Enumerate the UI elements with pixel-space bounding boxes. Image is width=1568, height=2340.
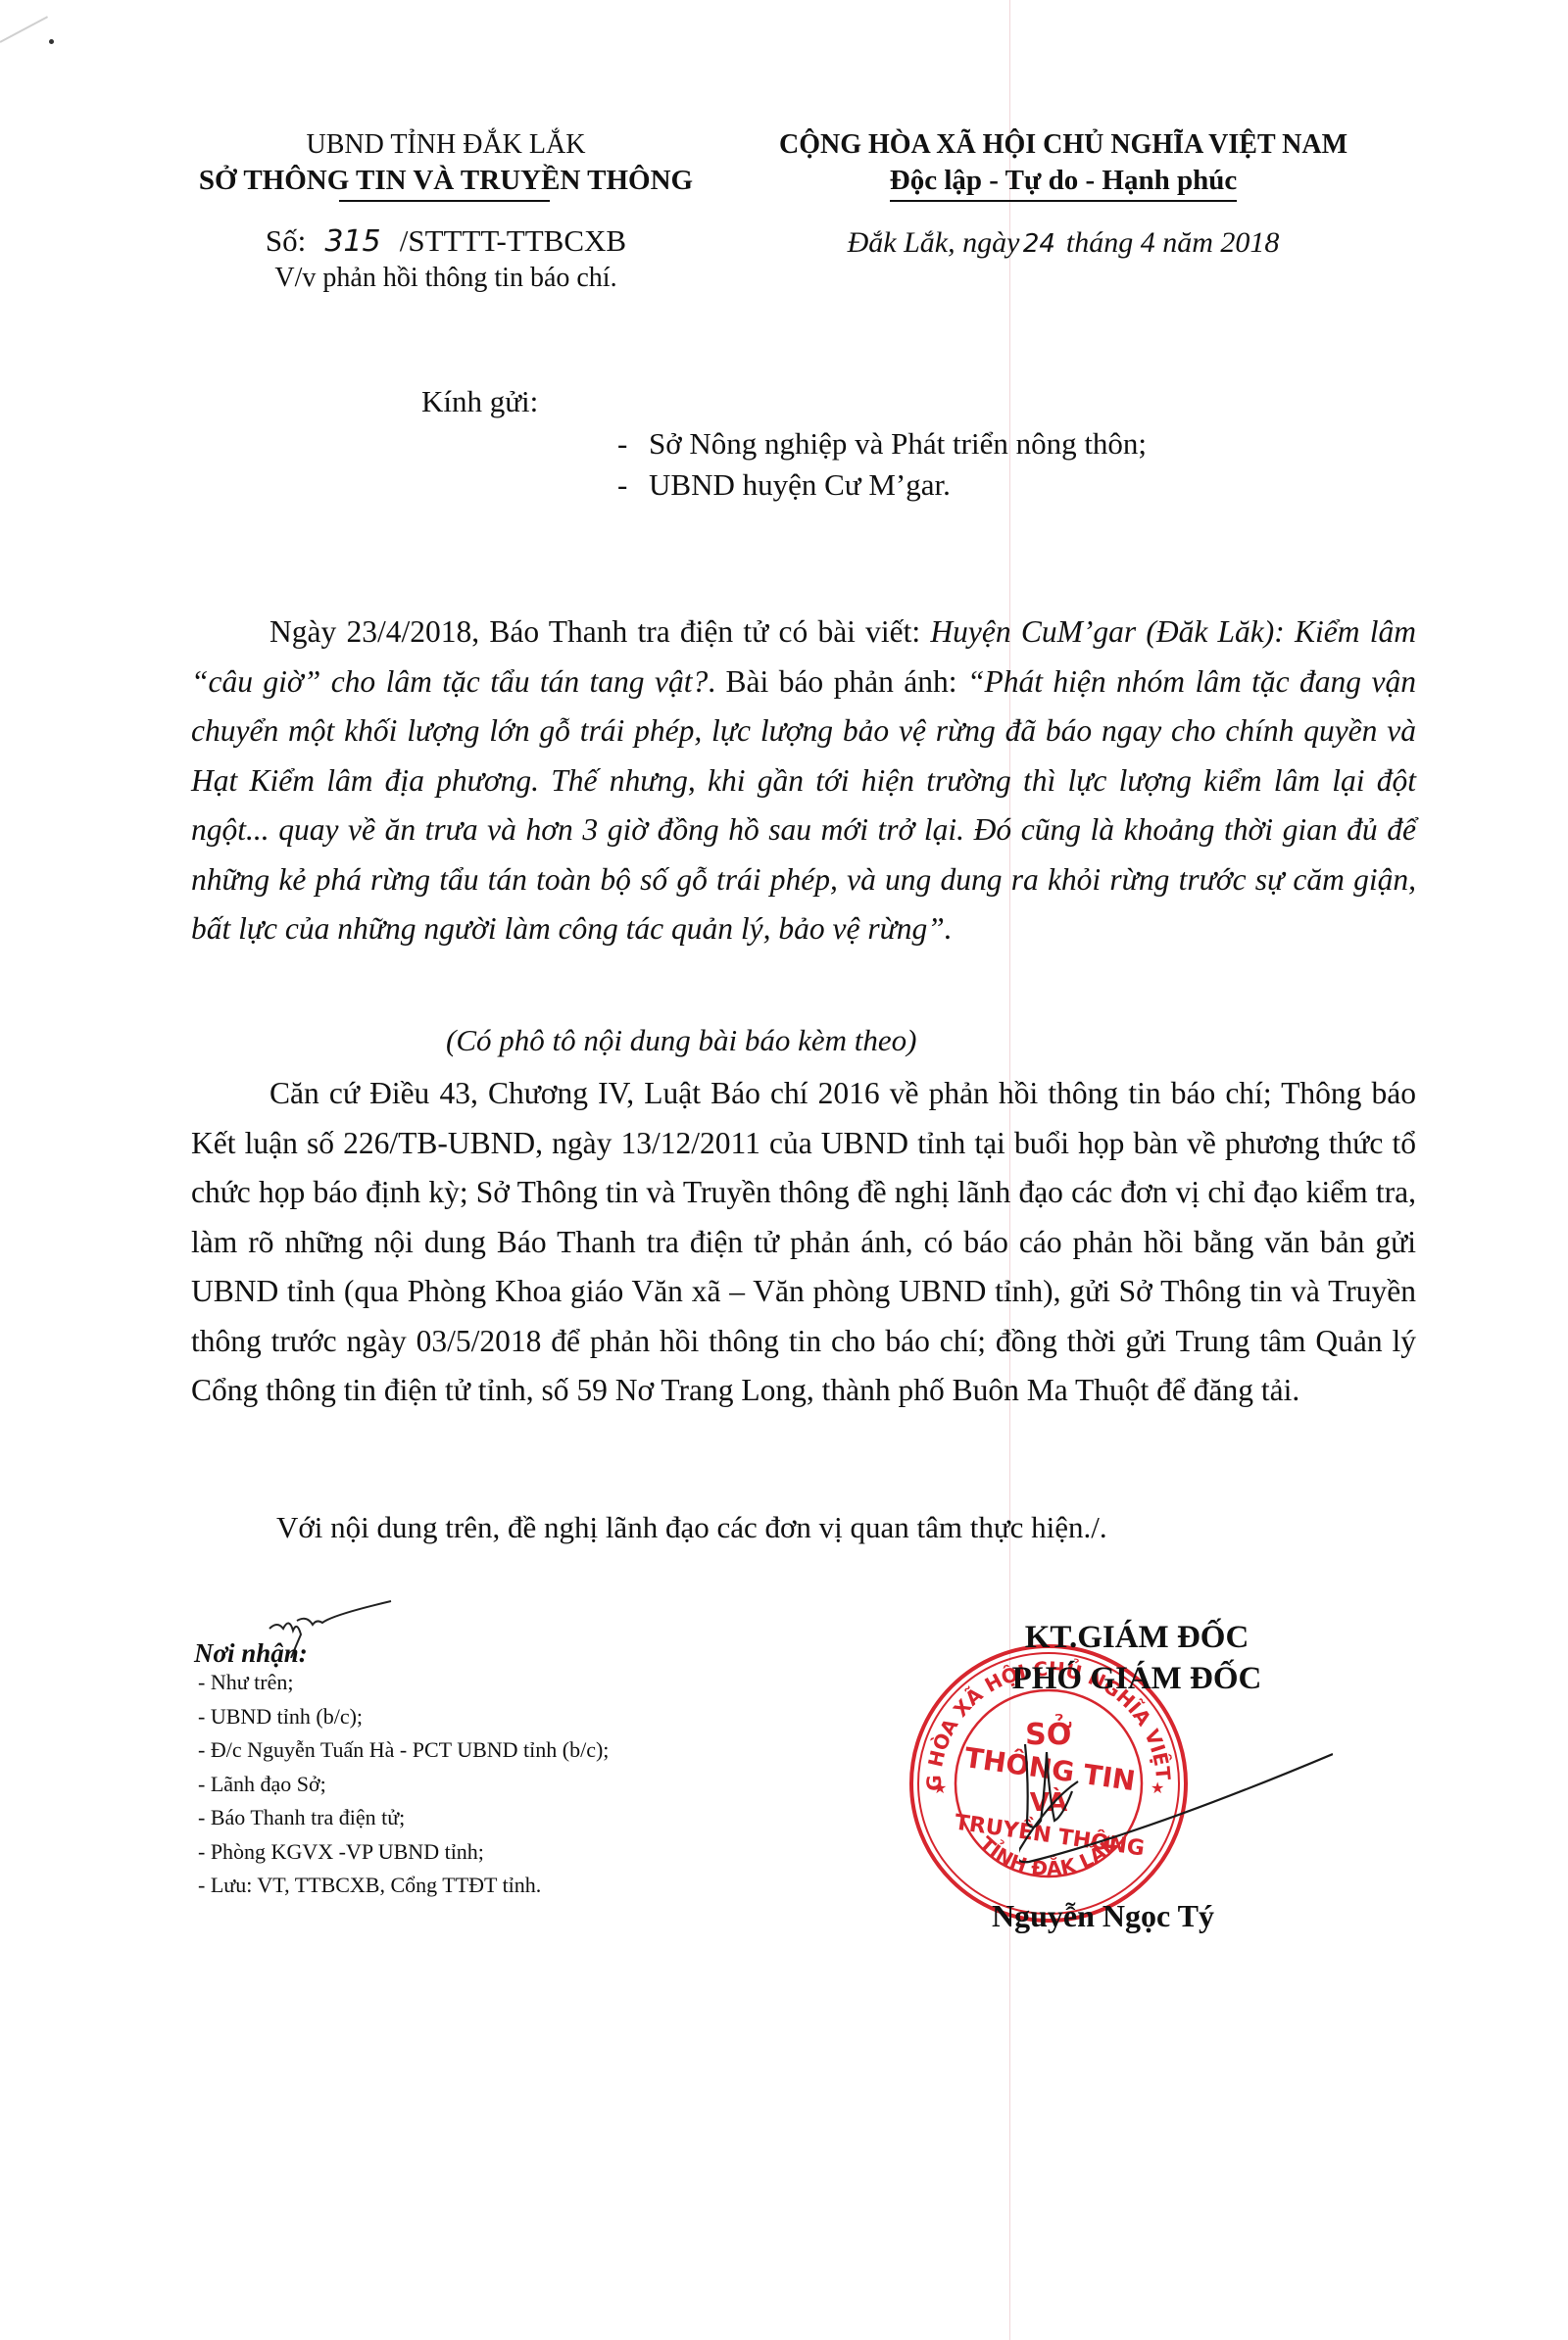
date-suffix: tháng 4 năm 2018 <box>1066 226 1280 259</box>
attachment-note: (Có phô tô nội dung bài báo kèm theo) <box>446 1019 916 1062</box>
parent-organization: UBND TỈNH ĐẮK LẮK <box>167 127 725 163</box>
distribution-item: - Lưu: VT, TTBCXB, Cổng TTĐT tỉnh. <box>198 1869 609 1903</box>
distribution-item: - Lãnh đạo Sở; <box>198 1768 609 1802</box>
signer-name: Nguyễn Ngọc Tý <box>992 1896 1214 1935</box>
document-number-label: Số: <box>266 223 306 258</box>
document-date: Đắk Lắk, ngày24 tháng 4 năm 2018 <box>745 223 1382 264</box>
svg-text:★: ★ <box>933 1779 947 1797</box>
body-paragraph-2: Căn cứ Điều 43, Chương IV, Luật Báo chí … <box>191 1069 1416 1416</box>
scan-dot <box>49 39 54 44</box>
recipients-list: -Sở Nông nghiệp và Phát triển nông thôn;… <box>617 423 1147 506</box>
distribution-item: - Báo Thanh tra điện tử; <box>198 1801 609 1835</box>
article-quote: “Phát hiện nhóm lâm tặc đang vận chuyển … <box>191 664 1416 947</box>
body-paragraph-1: Ngày 23/4/2018, Báo Thanh tra điện tử có… <box>191 608 1416 954</box>
handwritten-signature-icon <box>1019 1734 1333 1881</box>
national-header-block: CỘNG HÒA XÃ HỘI CHỦ NGHĨA VIỆT NAM Độc l… <box>745 127 1382 264</box>
signer-role-line-1: KT.GIÁM ĐỐC <box>941 1617 1333 1658</box>
recipient-item: -UBND huyện Cư M’gar. <box>617 464 1147 506</box>
distribution-label: Nơi nhận: <box>194 1636 308 1670</box>
distribution-item: - Đ/c Nguyễn Tuấn Hà - PCT UBND tỉnh (b/… <box>198 1733 609 1768</box>
document-page: UBND TỈNH ĐẮK LẮK SỞ THÔNG TIN VÀ TRUYỀN… <box>0 0 1568 2340</box>
document-number-suffix: /STTTT-TTBCXB <box>400 223 626 258</box>
recipient-item: -Sở Nông nghiệp và Phát triển nông thôn; <box>617 423 1147 464</box>
signature-block: KT.GIÁM ĐỐC PHÓ GIÁM ĐỐC <box>941 1617 1333 1699</box>
distribution-item: - Như trên; <box>198 1666 609 1700</box>
recipients-label: Kính gửi: <box>421 382 538 421</box>
para2-text: Căn cứ Điều 43, Chương IV, Luật Báo chí … <box>191 1076 1416 1407</box>
para1-intro: Ngày 23/4/2018, Báo Thanh tra điện tử có… <box>269 614 930 649</box>
document-subject: V/v phản hồi thông tin báo chí. <box>167 262 725 295</box>
document-number: Số: 315 /STTTT-TTBCXB <box>167 221 725 262</box>
distribution-item: - Phòng KGVX -VP UBND tỉnh; <box>198 1835 609 1870</box>
national-title: CỘNG HÒA XÃ HỘI CHỦ NGHĨA VIỆT NAM <box>745 127 1382 163</box>
document-number-handwritten: 315 <box>314 222 392 262</box>
date-day-handwritten: 24 <box>1019 224 1058 264</box>
para1-mid: . Bài báo phản ánh: <box>708 664 967 699</box>
date-prefix: Đắk Lắk, ngày <box>848 226 1020 259</box>
organization-underline <box>339 200 550 202</box>
recipient-text: Sở Nông nghiệp và Phát triển nông thôn; <box>649 426 1147 461</box>
recipient-text: UBND huyện Cư M’gar. <box>649 467 951 502</box>
national-motto: Độc lập - Tự do - Hạnh phúc <box>890 163 1238 202</box>
scan-mark <box>0 16 48 43</box>
closing-line: Với nội dung trên, đề nghị lãnh đạo các … <box>276 1506 1107 1549</box>
signer-role-line-2: PHÓ GIÁM ĐỐC <box>941 1658 1333 1699</box>
distribution-list: - Như trên; - UBND tỉnh (b/c); - Đ/c Ngu… <box>198 1666 609 1903</box>
distribution-item: - UBND tỉnh (b/c); <box>198 1700 609 1734</box>
issuing-agency-block: UBND TỈNH ĐẮK LẮK SỞ THÔNG TIN VÀ TRUYỀN… <box>167 127 725 295</box>
organization-name: SỞ THÔNG TIN VÀ TRUYỀN THÔNG <box>167 163 725 198</box>
